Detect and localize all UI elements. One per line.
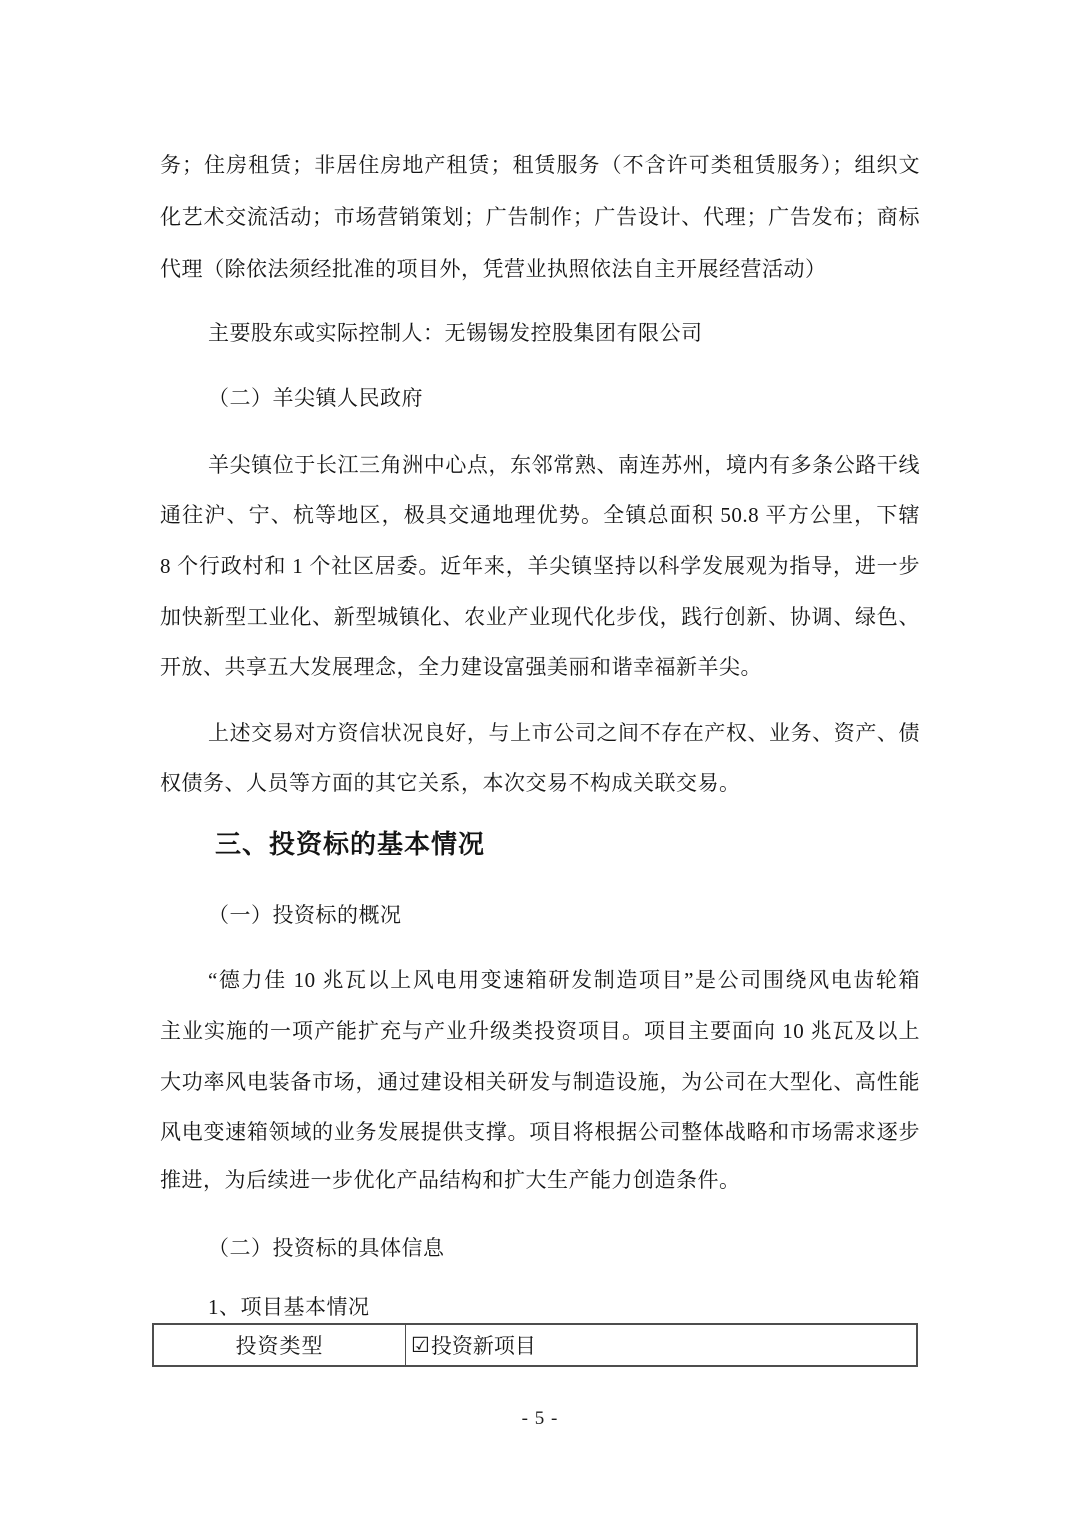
investment-type-value-text: 投资新项目 [431,1330,536,1360]
paragraph-line: 推进，为后续进一步优化产品结构和扩大生产能力创造条件。 [160,1165,920,1195]
paragraph-line: “德力佳 10 兆瓦以上风电用变速箱研发制造项目”是公司围绕风电齿轮箱 [208,965,920,995]
table-cell-investment-type-value: ☑ 投资新项目 [406,1325,916,1365]
paragraph-line: 8 个行政村和 1 个社区居委。近年来，羊尖镇坚持以科学发展观为指导，进一步 [160,551,920,581]
table-cell-investment-type-label: 投资类型 [154,1325,406,1365]
paragraph-line: 化艺术交流活动；市场营销策划；广告制作；广告设计、代理；广告发布；商标 [160,202,920,232]
page-number: - 5 - [0,1408,1080,1430]
shareholder-line: 主要股东或实际控制人：无锡锡发控股集团有限公司 [208,318,920,348]
numbered-item-label: 1、项目基本情况 [208,1292,920,1322]
paragraph-line: 务；住房租赁；非居住房地产租赁；租赁服务（不含许可类租赁服务）；组织文 [160,150,920,180]
paragraph-line: 通往沪、宁、杭等地区，极具交通地理优势。全镇总面积 50.8 平方公里，下辖 [160,500,920,530]
project-info-table: 投资类型 ☑ 投资新项目 [152,1323,918,1367]
subsection-label: （一）投资标的概况 [208,900,920,930]
paragraph-line: 代理（除依法须经批准的项目外，凭营业执照依法自主开展经营活动） [160,254,920,284]
checked-checkbox-icon: ☑ [411,1333,430,1358]
paragraph-line: 开放、共享五大发展理念，全力建设富强美丽和谐幸福新羊尖。 [160,652,920,682]
paragraph-line: 主业实施的一项产能扩充与产业升级类投资项目。项目主要面向 10 兆瓦及以上 [160,1016,920,1046]
paragraph-line: 加快新型工业化、新型城镇化、农业产业现代化步伐，践行创新、协调、绿色、 [160,602,920,632]
section-heading: 三、投资标的基本情况 [215,830,920,860]
subsection-label: （二）投资标的具体信息 [208,1233,920,1263]
subsection-label: （二）羊尖镇人民政府 [208,383,920,413]
paragraph-line: 上述交易对方资信状况良好，与上市公司之间不存在产权、业务、资产、债 [208,718,920,748]
document-page: 务；住房租赁；非居住房地产租赁；租赁服务（不含许可类租赁服务）；组织文 化艺术交… [0,0,1080,1527]
paragraph-line: 权债务、人员等方面的其它关系，本次交易不构成关联交易。 [160,768,920,798]
paragraph-line: 大功率风电装备市场，通过建设相关研发与制造设施，为公司在大型化、高性能 [160,1067,920,1097]
paragraph-line: 风电变速箱领域的业务发展提供支撑。项目将根据公司整体战略和市场需求逐步 [160,1117,920,1147]
paragraph-line: 羊尖镇位于长江三角洲中心点，东邻常熟、南连苏州，境内有多条公路干线 [208,450,920,480]
